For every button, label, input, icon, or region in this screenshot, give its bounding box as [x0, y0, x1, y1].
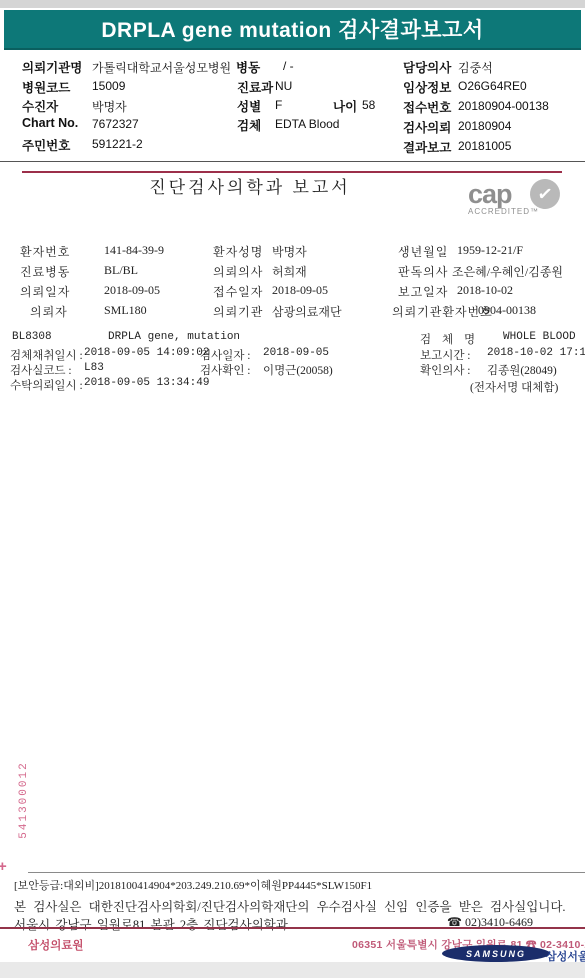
cap-logo-word: cap	[468, 183, 578, 205]
labcode-value: L83	[84, 362, 104, 374]
grid-label: 판독의사	[398, 263, 448, 280]
grid-label: 의뢰기관	[213, 303, 263, 320]
field-ward-label: 병동	[236, 58, 260, 76]
grid-label: 접수일자	[213, 283, 263, 300]
certification-line: 본 검사실은 대한진단검사의학회/진단검사의학재단의 우수검사실 신임 인증을 …	[14, 897, 566, 915]
field-jumin-value: 591221-2	[92, 137, 143, 151]
hospital-name-logo: 삼성서울병원	[546, 948, 585, 964]
lab-report-page: DRPLA gene mutation 검사결과보고서 의뢰기관명 가톨릭대학교…	[0, 0, 585, 978]
field-jumin-label: 주민번호	[22, 136, 70, 154]
field-hospcode-value: 15009	[92, 79, 125, 93]
consign-label: 수탁의뢰일시 :	[10, 377, 83, 393]
field-org-label: 의뢰기관명	[22, 58, 82, 76]
labcode-label: 검사실코드 :	[10, 362, 72, 378]
field-clinical-value: O26G64RE0	[458, 79, 527, 93]
grid-value: 141-84-39-9	[104, 243, 164, 258]
grid-label: 의뢰일자	[20, 283, 70, 300]
testdate-value: 2018-09-05	[263, 347, 329, 359]
consign-value: 2018-09-05 13:34:49	[84, 377, 209, 389]
brand-samsung-medical-center: 삼성의료원	[28, 937, 84, 953]
samsung-logo: SAMSUNG	[442, 945, 550, 962]
cap-logo-subtext: ACCREDITED™	[468, 207, 578, 216]
field-ward-value: / -	[283, 59, 294, 73]
specimen-name-label: 검 체 명	[420, 331, 479, 347]
top-gray-strip	[0, 0, 585, 8]
bottom-gray-strip	[0, 962, 585, 978]
field-hospcode-label: 병원코드	[22, 78, 70, 96]
grid-label: 의뢰자	[30, 303, 68, 320]
esign-note: (전자서명 대체함)	[470, 379, 558, 395]
confirm-label: 확인의사 :	[420, 362, 471, 378]
field-specimen-value: EDTA Blood	[275, 117, 339, 131]
field-patient-value: 박명자	[92, 98, 127, 115]
field-dept-label: 진료과	[237, 78, 273, 96]
field-age-label: 나이	[333, 97, 357, 115]
verify-value: 이명근(20058)	[263, 362, 333, 378]
security-line: [보안등급:대외비]2018100414904*203.249.210.69*이…	[14, 877, 372, 893]
collect-label: 검체채취일시 :	[10, 347, 83, 363]
reporttime-value: 2018-10-02 17:16:46	[487, 347, 585, 359]
samsung-logo-text: SAMSUNG	[466, 949, 526, 959]
field-dept-value: NU	[275, 79, 292, 93]
vertical-specimen-code: 541300012	[18, 740, 30, 860]
field-chart-value: 7672327	[92, 117, 139, 131]
field-org-value: 가톨릭대학교서울성모병원	[92, 59, 231, 76]
field-doctor-label: 담당의사	[403, 58, 451, 76]
grid-value: 2018-09-05	[104, 283, 160, 298]
field-result-label: 결과보고	[403, 138, 451, 156]
grid-label: 보고일자	[398, 283, 448, 300]
field-request-label: 검사의뢰	[403, 118, 451, 136]
grid-value: 0904-00138	[478, 303, 536, 318]
grid-label: 환자성명	[213, 243, 263, 260]
collect-value: 2018-09-05 14:09:02	[84, 347, 209, 359]
grid-value: 2018-09-05	[272, 283, 328, 298]
cap-accredited-logo: cap ✓ ACCREDITED™	[468, 183, 578, 216]
report-header-bar: DRPLA gene mutation 검사결과보고서	[4, 10, 581, 50]
field-clinical-label: 임상정보	[403, 78, 451, 96]
grid-value: 조은혜/우혜인/김종원	[452, 263, 563, 280]
registration-cross-mark: +	[0, 858, 7, 875]
grid-label: 환자번호	[20, 243, 70, 260]
field-doctor-value: 김중석	[458, 59, 493, 76]
field-patient-label: 수진자	[22, 97, 58, 115]
field-receiptno-value: 20180904-00138	[458, 99, 549, 113]
test-code: BL8308	[12, 331, 52, 343]
grid-label: 의뢰의사	[213, 263, 263, 280]
grid-value: 박명자	[272, 243, 307, 260]
field-sex-label: 성별	[237, 97, 261, 115]
field-age-value: 58	[362, 98, 375, 112]
field-request-value: 20180904	[458, 119, 511, 133]
grid-value: 2018-10-02	[457, 283, 513, 298]
testdate-label: 검사일자 :	[200, 347, 251, 363]
verify-label: 검사확인 :	[200, 362, 251, 378]
field-sex-value: F	[275, 98, 282, 112]
specimen-name-value: WHOLE BLOOD	[503, 331, 576, 343]
section-divider-line	[0, 161, 585, 162]
grid-value: 삼광의료재단	[272, 303, 342, 320]
reporttime-label: 보고시간 :	[420, 347, 471, 363]
grid-value: BL/BL	[104, 263, 138, 278]
grid-label: 생년월일	[398, 243, 448, 260]
field-result-value: 20181005	[458, 139, 511, 153]
field-specimen-label: 검체	[237, 116, 261, 134]
field-receiptno-label: 접수번호	[403, 98, 451, 116]
footer-divider-line	[28, 872, 585, 873]
grid-value: SML180	[104, 303, 147, 318]
lab-address-line: 서울시 강남구 일원로81 본관 2층 진단검사의학과	[14, 915, 288, 933]
test-name: DRPLA gene, mutation	[108, 331, 240, 343]
dept-report-title: 진단검사의학과 보고서	[0, 173, 500, 198]
grid-value: 1959-12-21/F	[457, 243, 523, 258]
confirm-value: 김종원(28049)	[487, 362, 557, 378]
grid-label: 진료병동	[20, 263, 70, 280]
field-chart-label: Chart No.	[22, 116, 78, 130]
grid-value: 허희재	[272, 263, 307, 280]
footer-maroon-rule	[0, 927, 585, 929]
report-title: DRPLA gene mutation 검사결과보고서	[101, 14, 483, 44]
